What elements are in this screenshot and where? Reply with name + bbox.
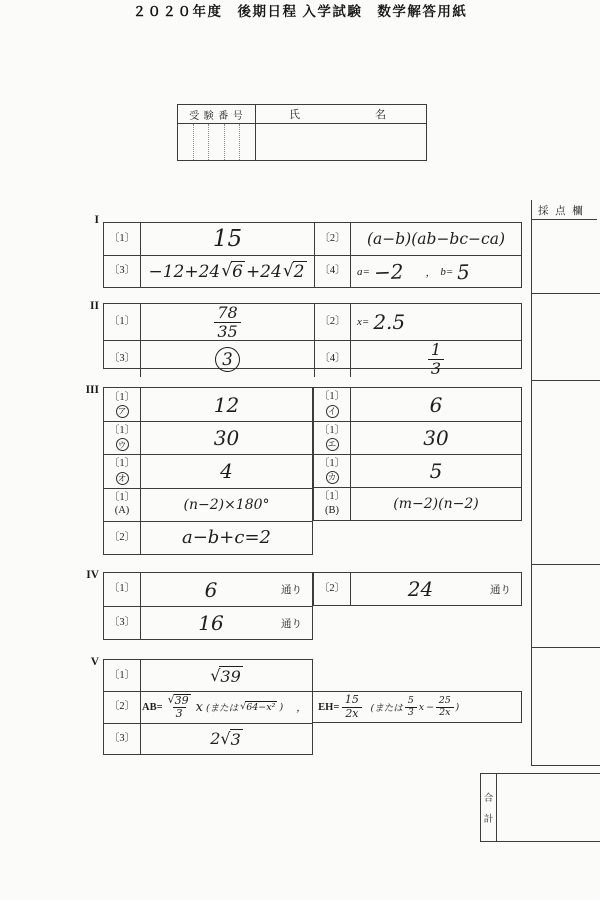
q3-row3l-answer: 4 — [140, 454, 312, 487]
q2-2-answer: x= 2.5 — [350, 304, 521, 340]
q1-4-printed-b: b= — [440, 266, 453, 278]
q3-row2l-answer: 30 — [140, 421, 312, 454]
q4-2-label: 〔2〕 — [314, 573, 350, 605]
name-label: 氏 名 — [256, 105, 426, 124]
q4-1-answer: 6通り — [140, 573, 312, 606]
q1-4-value-a: −2 — [374, 259, 404, 284]
q1-4-printed-a: a= — [357, 266, 370, 278]
q1-4-label: 〔4〕 — [314, 255, 350, 287]
grading-column-header: 採 点 欄 — [538, 203, 585, 218]
q4-2-answer: 24通り — [350, 573, 521, 605]
section-3-right-table: 〔1〕イ 6 〔1〕エ 30 〔1〕カ 5 〔1〕(B) (m−2)(n−2) — [313, 387, 522, 521]
q4-1-label: 〔1〕 — [104, 573, 140, 606]
q2-2-printed: x= — [357, 316, 369, 328]
q3-row5-answer: a−b+c=2 — [140, 521, 312, 554]
eh-printed-label: EH= — [318, 702, 339, 713]
q3-rowB-answer: (m−2)(n−2) — [350, 487, 521, 520]
q3-rowBr-label: 〔1〕(B) — [314, 487, 350, 520]
q2-1-label: 〔1〕 — [104, 304, 140, 340]
section-5-numeral: V — [81, 656, 99, 668]
q5-2-label: 〔2〕 — [104, 691, 140, 722]
grading-column-line — [531, 200, 532, 765]
total-score-box: 合 計 — [480, 773, 600, 842]
unit-toori: 通り — [281, 616, 312, 631]
q2-4-answer: 13 — [350, 340, 521, 377]
q1-4-answer: a= −2 ， b= 5 — [350, 255, 521, 287]
q3-rowAl-label: 〔1〕(A) — [104, 488, 140, 521]
circled-answer: 3 — [215, 346, 241, 372]
circled-kana-u: ウ — [116, 438, 129, 451]
answer-sheet-scan: ２０２０年度 後期日程 入学試験 数学解答用紙 受 験 番 号 氏 名 I 〔1… — [0, 0, 600, 900]
q3-row1l-label: 〔1〕ア — [104, 388, 140, 421]
ab-alternative: (または √64−x² ) — [206, 700, 283, 714]
q3-row1r-label: 〔1〕イ — [314, 388, 350, 421]
q3-row1l-answer: 12 — [140, 388, 312, 421]
q1-3-label: 〔3〕 — [104, 255, 140, 287]
q3-row2r-answer: 30 — [350, 421, 521, 454]
q5-3-label: 〔3〕 — [104, 723, 140, 754]
eh-alternative: (または 53 x − 252x ) — [371, 696, 460, 718]
examinee-header-box: 受 験 番 号 氏 名 — [177, 104, 427, 161]
q3-row2r-label: 〔1〕エ — [314, 421, 350, 454]
q3-row2l-label: 〔1〕ウ — [104, 421, 140, 454]
q3-row1r-answer: 6 — [350, 388, 521, 421]
unit-toori: 通り — [490, 582, 521, 597]
exam-number-label: 受 験 番 号 — [178, 105, 256, 124]
section-3-left-table: 〔1〕ア 12 〔1〕ウ 30 〔1〕オ 4 〔1〕(A) (n−2)×180°… — [103, 387, 313, 555]
q5-2-answer: AB= √393 x (または √64−x² ) ， EH= 152x (または… — [142, 691, 520, 723]
section-2-table: 〔1〕 7835 〔2〕 x= 2.5 〔3〕 3 〔4〕 13 — [103, 303, 522, 369]
q2-1-answer: 7835 — [140, 304, 314, 340]
q1-4-comma: ， — [425, 264, 436, 280]
q2-2-value: 2.5 — [373, 310, 405, 334]
q1-1-label: 〔1〕 — [104, 223, 140, 255]
q3-row3r-answer: 5 — [350, 454, 521, 487]
total-label: 合 計 — [481, 774, 497, 841]
section-2-numeral: II — [81, 300, 99, 312]
q2-3-answer: 3 — [140, 340, 314, 377]
q2-3-label: 〔3〕 — [104, 340, 140, 377]
name-label-right: 名 — [375, 106, 386, 122]
section-1-numeral: I — [81, 214, 99, 226]
page-title: ２０２０年度 後期日程 入学試験 数学解答用紙 — [0, 0, 600, 20]
q4-3-label: 〔3〕 — [104, 606, 140, 639]
circled-kana-ka: カ — [326, 471, 339, 484]
name-entry-area — [256, 124, 426, 160]
q2-4-label: 〔4〕 — [314, 340, 350, 377]
ab-printed-label: AB= — [142, 702, 163, 713]
section-1-table: 〔1〕 15 〔2〕 (a−b)(ab−bc−ca) 〔3〕 −12+24√6+… — [103, 222, 522, 288]
q2-2-label: 〔2〕 — [314, 304, 350, 340]
circled-kana-o: オ — [116, 472, 129, 485]
q3-row3l-label: 〔1〕オ — [104, 454, 140, 487]
q4-3-answer: 16通り — [140, 606, 312, 639]
q1-1-answer: 15 — [140, 223, 314, 255]
q5-1-answer: √39 — [140, 660, 312, 691]
unit-toori: 通り — [281, 582, 312, 597]
q1-4-value-b: 5 — [457, 259, 471, 283]
section-4-left-table: 〔1〕 6通り 〔3〕 16通り — [103, 572, 313, 640]
q1-2-label: 〔2〕 — [314, 223, 350, 255]
q5-1-label: 〔1〕 — [104, 660, 140, 691]
q1-3-answer: −12+24√6+24√2 — [140, 255, 314, 287]
circled-kana-i: イ — [326, 405, 339, 418]
circled-kana-e: エ — [326, 438, 339, 451]
q1-2-answer: (a−b)(ab−bc−ca) — [350, 223, 521, 255]
q3-rowA-answer: (n−2)×180° — [140, 488, 312, 521]
exam-number-cells — [178, 124, 256, 160]
name-label-left: 氏 — [289, 106, 300, 122]
circled-kana-a: ア — [116, 405, 129, 418]
q3-row5-label: 〔2〕 — [104, 521, 140, 554]
q5-3-answer: 2√3 — [140, 723, 312, 754]
q3-row3r-label: 〔1〕カ — [314, 454, 350, 487]
section-4-numeral: IV — [81, 569, 99, 581]
section-3-numeral: III — [81, 384, 99, 396]
total-entry-area — [497, 774, 600, 841]
section-4-right-table: 〔2〕 24通り — [313, 572, 522, 606]
